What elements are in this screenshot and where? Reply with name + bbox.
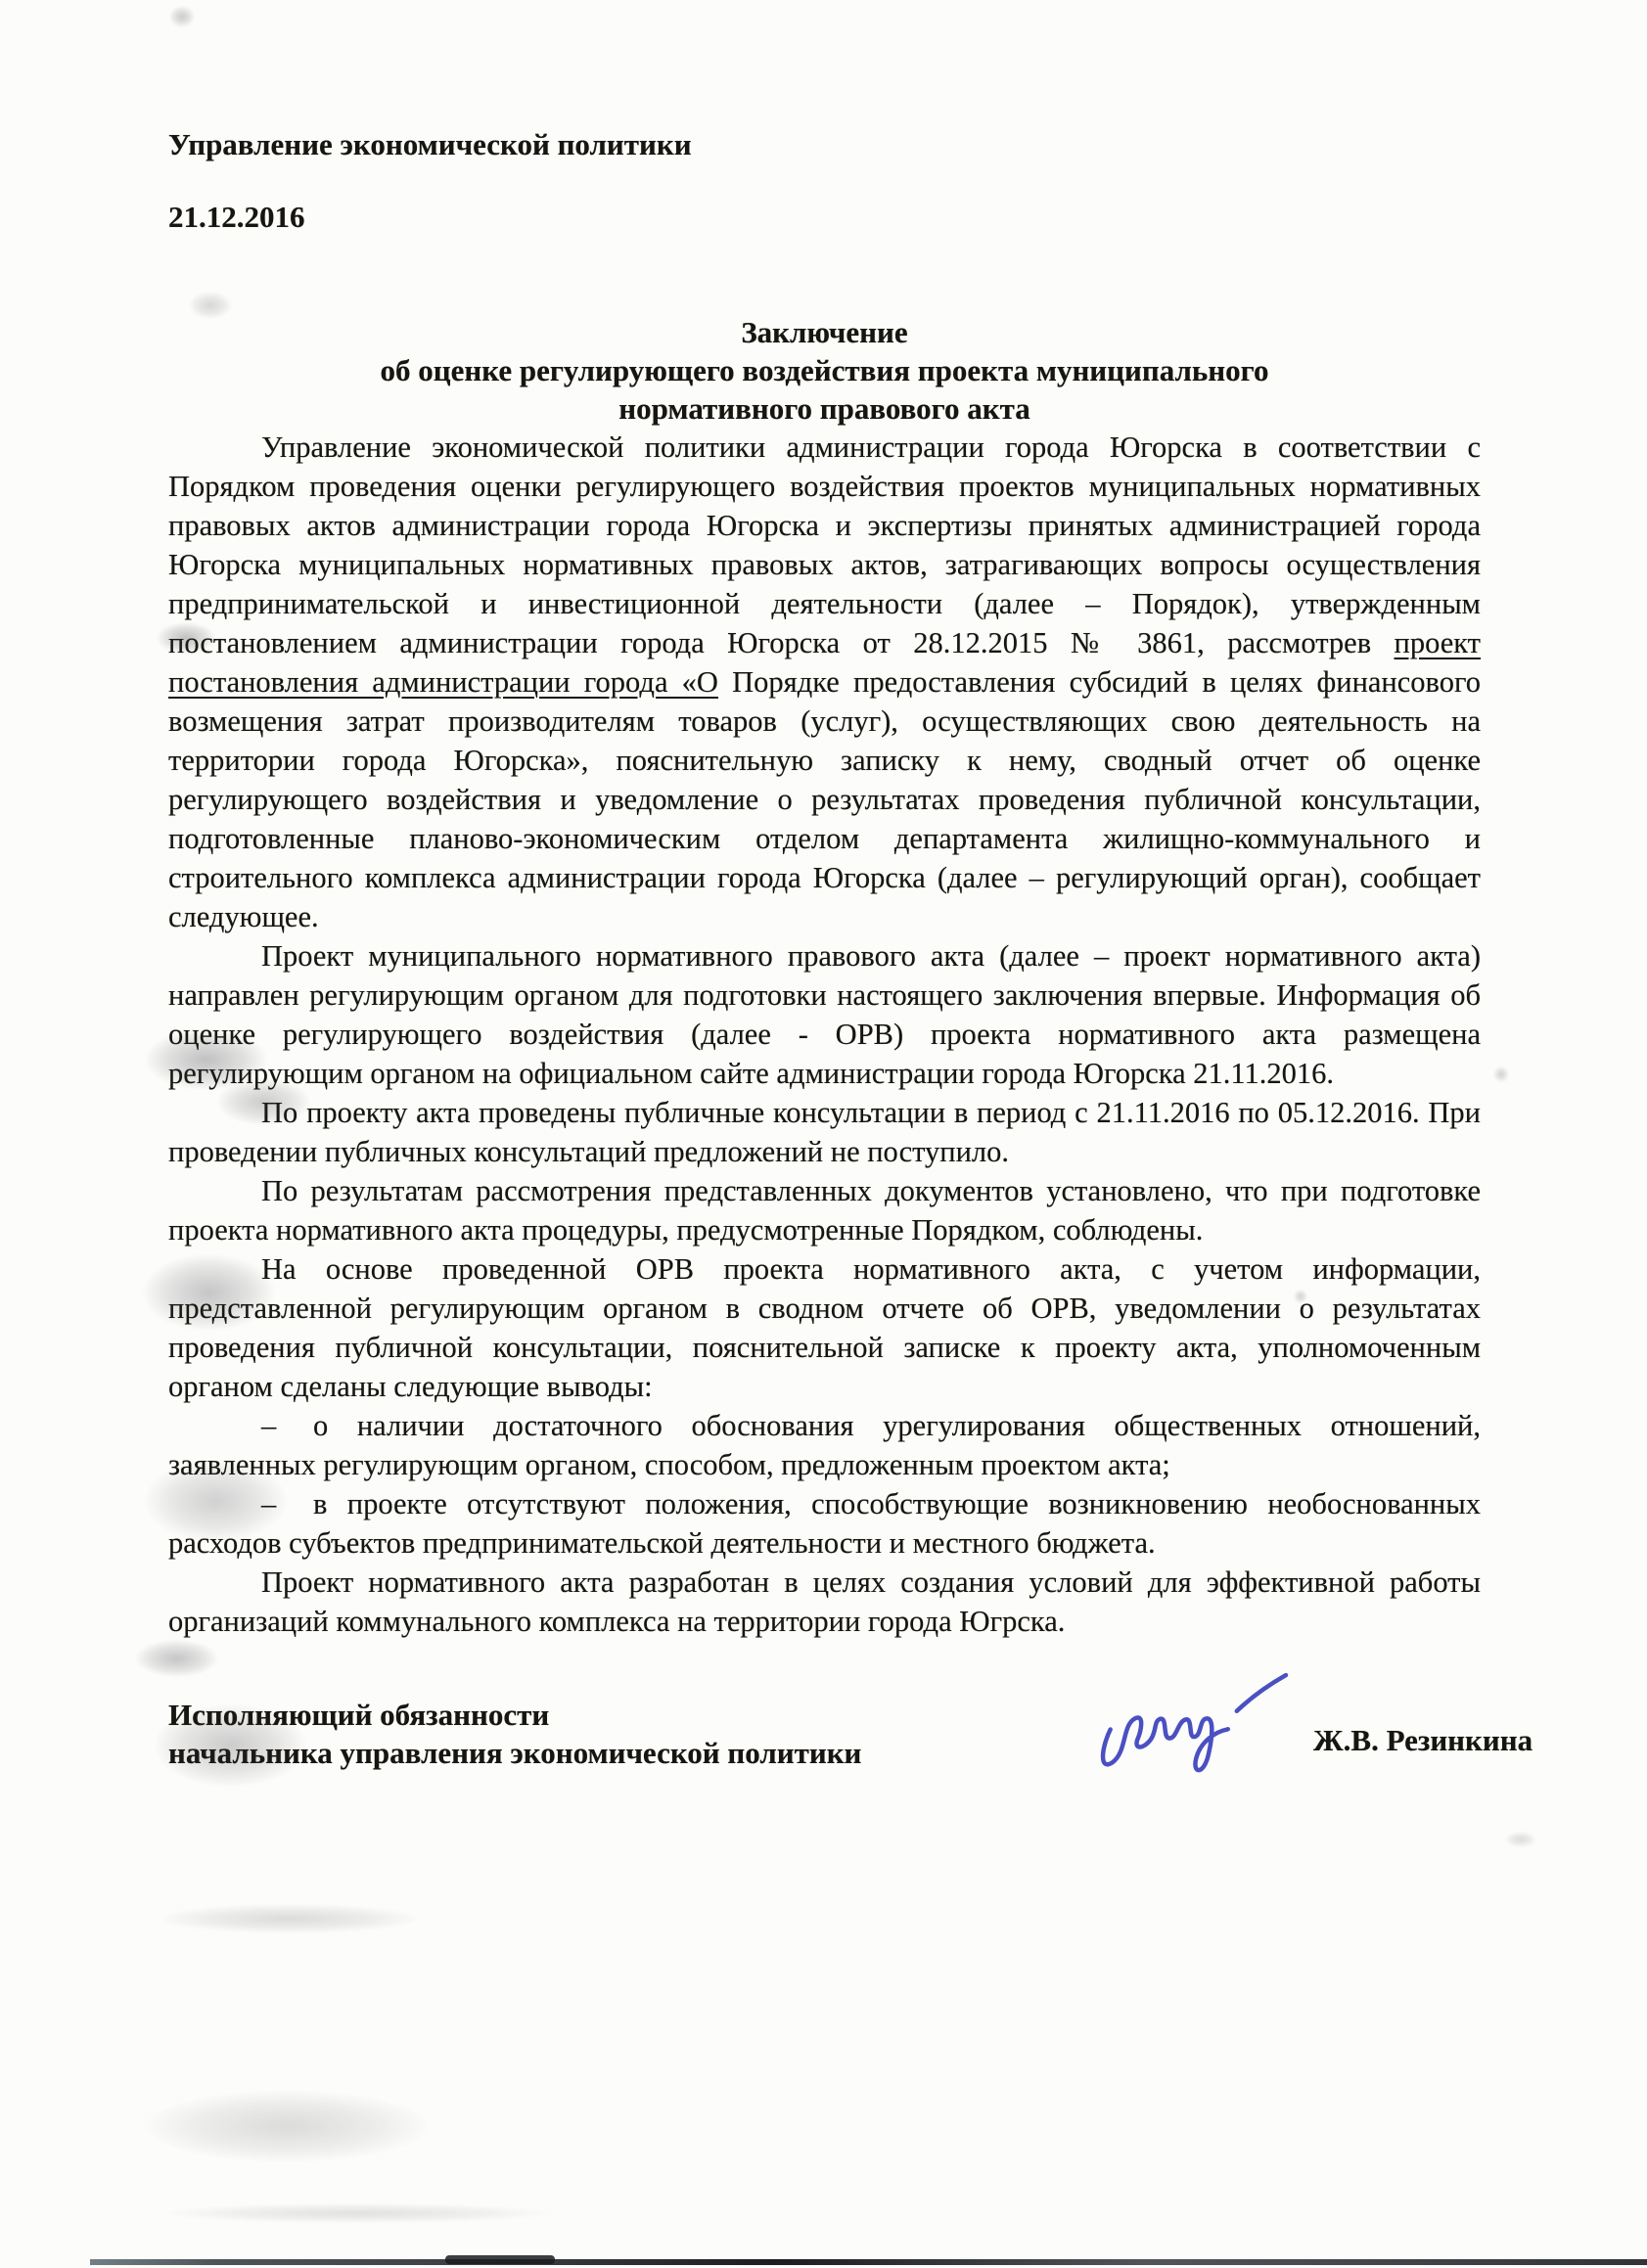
signature-flourish: [1235, 1675, 1288, 1711]
document-title: Заключение об оценке регулирующего возде…: [168, 313, 1481, 428]
document-body: Управление экономической политики админи…: [168, 428, 1481, 1641]
scan-edge-blob: [445, 2255, 555, 2264]
conclusion-bullet-2: –в проекте отсутствуют положения, способ…: [168, 1484, 1481, 1563]
document-content: Управление экономической политики 21.12.…: [168, 0, 1481, 1882]
paragraph-1-after: Порядке предоставления субсидий в целях …: [168, 665, 1481, 933]
signature-block: Исполняющий обязанности начальника управ…: [168, 1696, 1481, 1882]
conclusion-bullet-2-text: в проекте отсутствуют положения, способс…: [168, 1487, 1481, 1560]
document-date: 21.12.2016: [168, 198, 1481, 237]
handwritten-signature: [1090, 1663, 1303, 1806]
paragraph-6: Проект нормативного акта разработан в це…: [168, 1563, 1481, 1641]
paragraph-1-before: Управление экономической политики админи…: [168, 431, 1481, 659]
signature-stroke: [1101, 1713, 1230, 1776]
scan-artifact: [145, 2090, 429, 2162]
scan-artifact: [1493, 1066, 1509, 1082]
scan-edge-line: [90, 2259, 1647, 2265]
scan-artifact: [164, 2203, 551, 2223]
paragraph-5: На основе проведенной ОРВ проекта нормат…: [168, 1249, 1481, 1406]
paragraph-2: Проект муниципального нормативного право…: [168, 936, 1481, 1093]
department-name: Управление экономической политики: [168, 125, 1481, 164]
document-page: Управление экономической политики 21.12.…: [0, 0, 1647, 2268]
conclusion-bullet-1: –о наличии достаточного обоснования урег…: [168, 1406, 1481, 1484]
title-line-1: Заключение: [168, 313, 1481, 351]
scan-artifact: [1505, 1832, 1536, 1847]
paragraph-1: Управление экономической политики админи…: [168, 428, 1481, 936]
bullet-dash: –: [261, 1406, 313, 1445]
title-line-2: об оценке регулирующего воздействия прое…: [168, 351, 1481, 389]
conclusion-bullet-1-text: о наличии достаточного обоснования урегу…: [168, 1409, 1481, 1481]
signer-name: Ж.В. Резинкина: [1313, 1723, 1533, 1758]
bullet-dash: –: [261, 1484, 313, 1523]
scan-artifact: [160, 1904, 419, 1933]
title-line-3: нормативного правового акта: [168, 389, 1481, 428]
paragraph-3: По проекту акта проведены публичные конс…: [168, 1093, 1481, 1171]
paragraph-4: По результатам рассмотрения представленн…: [168, 1171, 1481, 1249]
